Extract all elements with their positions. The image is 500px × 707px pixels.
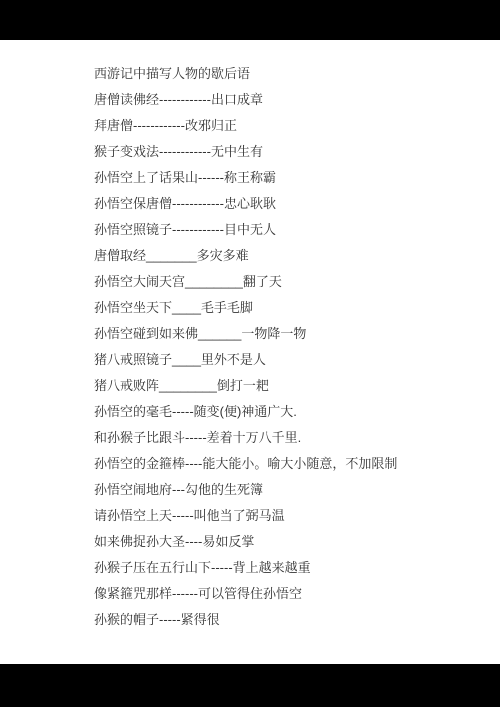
top-letterbox-bar xyxy=(0,0,500,40)
xiehouyu-line: 孙悟空闹地府---勾他的生死簿 xyxy=(94,477,484,503)
xiehouyu-line: 孙悟空大闹天宫________翻了天 xyxy=(94,269,484,295)
document-body: 西游记中描写人物的歇后语 唐僧读佛经------------出口成章 拜唐僧--… xyxy=(94,61,484,633)
xiehouyu-line: 孙猴子压在五行山下-----背上越来越重 xyxy=(94,555,484,581)
xiehouyu-line: 孙悟空保唐僧------------忠心耿耿 xyxy=(94,191,484,217)
xiehouyu-line: 孙悟空坐天下____毛手毛脚 xyxy=(94,295,484,321)
xiehouyu-line: 孙悟空碰到如来佛______一物降一物 xyxy=(94,321,484,347)
xiehouyu-line: 猪八戒败阵________倒打一耙 xyxy=(94,373,484,399)
xiehouyu-line: 如来佛捉孙大圣----易如反掌 xyxy=(94,529,484,555)
xiehouyu-line: 唐僧取经_______多灾多难 xyxy=(94,243,484,269)
xiehouyu-line: 唐僧读佛经------------出口成章 xyxy=(94,87,484,113)
xiehouyu-line: 孙悟空的毫毛-----随变(便)神通广大. xyxy=(94,399,484,425)
page-title: 西游记中描写人物的歇后语 xyxy=(94,61,484,87)
xiehouyu-line: 孙悟空照镜子------------目中无人 xyxy=(94,217,484,243)
xiehouyu-line: 猪八戒照镜子____里外不是人 xyxy=(94,347,484,373)
xiehouyu-line: 孙猴的帽子-----紧得很 xyxy=(94,607,484,633)
xiehouyu-line: 孙悟空的金箍棒----能大能小。喻大小随意，不加限制 xyxy=(94,451,484,477)
xiehouyu-line: 拜唐僧------------改邪归正 xyxy=(94,113,484,139)
xiehouyu-line: 和孙猴子比跟斗-----差着十万八千里. xyxy=(94,425,484,451)
xiehouyu-line: 猴子变戏法------------无中生有 xyxy=(94,139,484,165)
xiehouyu-line: 孙悟空上了话果山------称王称霸 xyxy=(94,165,484,191)
bottom-letterbox-bar xyxy=(0,664,500,707)
xiehouyu-line: 像紧箍咒那样------可以管得住孙悟空 xyxy=(94,581,484,607)
xiehouyu-line: 请孙悟空上天-----叫他当了弼马温 xyxy=(94,503,484,529)
